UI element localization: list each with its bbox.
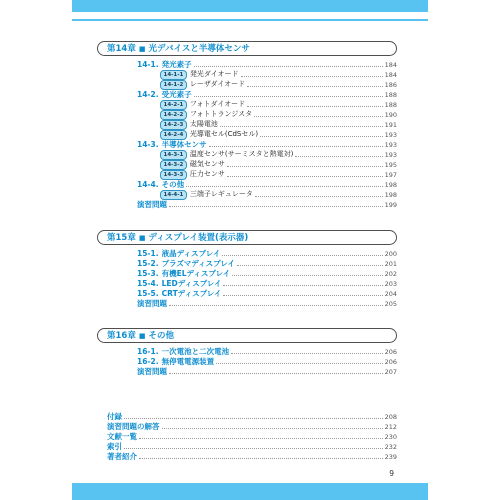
toc-entry-row: 16-1.一次電池と二次電池206 [137, 346, 397, 356]
entry-title: 液晶ディスプレイ [162, 249, 221, 258]
entry-title: 発光ダイオード [190, 70, 239, 79]
chapter-heading: 第15章■ディスプレイ装置(表示器) [97, 230, 397, 245]
entry-page-number: 206 [385, 358, 397, 366]
entry-page-number: 184 [385, 61, 397, 69]
toc-entry-row: 14-2-2フォトトランジスタ190 [160, 109, 397, 119]
back-matter-page-number: 208 [385, 413, 397, 421]
toc-entry-row: 14-1-2レーザダイオード186 [160, 79, 397, 89]
entry-page-number: 191 [385, 121, 397, 129]
chapter-title: その他 [148, 331, 174, 341]
entry-title: 磁気センサ [190, 160, 225, 169]
entry-title: 受光素子 [162, 90, 192, 99]
entry-title: 半導体センサ [162, 140, 207, 149]
entry-page-number: 203 [385, 280, 397, 288]
back-matter-title: 演習問題の解答 [107, 422, 160, 431]
toc-entry-row: 14-3-2磁気センサ195 [160, 159, 397, 169]
toc-entry-row: 演習問題199 [137, 199, 397, 209]
back-matter-page-number: 212 [385, 423, 397, 431]
entry-title: 三端子レギュレータ [190, 190, 253, 199]
dot-leader [260, 136, 382, 137]
dot-leader [295, 156, 382, 157]
dot-leader [231, 353, 382, 354]
dot-leader [169, 206, 383, 207]
toc-entry-row: 14-4.その他198 [137, 179, 397, 189]
chapter-title: 光デバイスと半導体センサ [148, 44, 249, 54]
entry-number-label: 16-1. [137, 347, 159, 356]
entry-number-badge: 14-2-3 [160, 120, 187, 130]
entry-number-label: 15-4. [137, 279, 159, 288]
bottom-accent-bar [72, 483, 428, 500]
chapter-heading: 第14章■光デバイスと半導体センサ [97, 41, 397, 56]
entry-title: LEDディスプレイ [162, 279, 222, 288]
dot-leader [209, 146, 383, 147]
dot-leader [186, 186, 382, 187]
square-bullet-icon: ■ [139, 234, 146, 242]
dot-leader [162, 428, 383, 429]
dot-leader [227, 176, 383, 177]
entry-page-number: 205 [385, 300, 397, 308]
chapter-number-label: 第15章 [107, 233, 136, 243]
back-matter-row: 著者紹介239 [107, 451, 397, 461]
back-matter-row: 索引232 [107, 441, 397, 451]
back-matter-page-number: 230 [385, 433, 397, 441]
chapter-entry-list: 14-1.発光素子18414-1-1発光ダイオード18414-1-2レーザダイオ… [97, 59, 397, 209]
toc-entry-row: 14-1-1発光ダイオード184 [160, 69, 397, 79]
entry-number-label: 14-2. [137, 90, 159, 99]
top-accent-bar [72, 0, 428, 12]
square-bullet-icon: ■ [139, 45, 146, 53]
back-matter-list: 付録208演習問題の解答212文献一覧230索引232著者紹介239 [107, 411, 397, 461]
toc-page: 第14章■光デバイスと半導体センサ14-1.発光素子18414-1-1発光ダイオ… [0, 0, 500, 500]
dot-leader [139, 458, 383, 459]
entry-number-label: 15-5. [137, 289, 159, 298]
chapter-entry-list: 15-1.液晶ディスプレイ20015-2.プラズマディスプレイ20115-3.有… [97, 248, 397, 308]
entry-title: 発光素子 [162, 60, 192, 69]
entry-page-number: 198 [385, 191, 397, 199]
dot-leader [241, 76, 383, 77]
entry-title: フォトトランジスタ [190, 110, 252, 119]
dot-leader [223, 295, 382, 296]
toc-entry-row: 16-2.無停電電源装置206 [137, 356, 397, 366]
dot-leader [169, 373, 383, 374]
entry-title: その他 [162, 180, 185, 189]
entry-title: 有機ELディスプレイ [162, 269, 231, 278]
entry-number-label: 15-1. [137, 249, 159, 258]
dot-leader [194, 96, 383, 97]
entry-title: CRTディスプレイ [162, 289, 222, 298]
chapter-section: 第15章■ディスプレイ装置(表示器)15-1.液晶ディスプレイ20015-2.プ… [97, 230, 397, 308]
back-matter-row: 付録208 [107, 411, 397, 421]
entry-title: プラズマディスプレイ [162, 259, 235, 268]
entry-number-badge: 14-4-1 [160, 190, 187, 200]
entry-page-number: 193 [385, 151, 397, 159]
toc-entry-row: 15-3.有機ELディスプレイ202 [137, 268, 397, 278]
dot-leader [124, 448, 383, 449]
entry-number-badge: 14-2-1 [160, 100, 187, 110]
entry-page-number: 198 [385, 181, 397, 189]
entry-title: レーザダイオード [190, 80, 245, 89]
toc-entry-row: 14-2-4光導電セル(CdSセル)193 [160, 129, 397, 139]
toc-entry-row: 15-5.CRTディスプレイ204 [137, 288, 397, 298]
entry-title: 演習問題 [137, 200, 167, 209]
dot-leader [223, 285, 382, 286]
toc-entry-row: 演習問題207 [137, 366, 397, 376]
entry-page-number: 190 [385, 111, 397, 119]
entry-number-badge: 14-3-1 [160, 150, 187, 160]
entry-page-number: 188 [385, 101, 397, 109]
toc-entry-row: 14-4-1三端子レギュレータ198 [160, 189, 397, 199]
entry-page-number: 201 [385, 260, 397, 268]
chapter-number-label: 第14章 [107, 44, 136, 54]
square-bullet-icon: ■ [139, 332, 146, 340]
entry-page-number: 207 [385, 368, 397, 376]
dot-leader [237, 265, 383, 266]
entry-page-number: 188 [385, 91, 397, 99]
entry-title: フォトダイオード [190, 100, 245, 109]
entry-number-badge: 14-3-2 [160, 160, 187, 170]
dot-leader [232, 275, 382, 276]
entry-page-number: 195 [385, 161, 397, 169]
toc-entry-row: 14-2.受光素子188 [137, 89, 397, 99]
entry-title: 無停電電源装置 [162, 357, 215, 366]
toc-entry-row: 15-2.プラズマディスプレイ201 [137, 258, 397, 268]
entry-page-number: 186 [385, 81, 397, 89]
back-matter-page-number: 239 [385, 453, 397, 461]
top-accent-rule [72, 19, 428, 21]
entry-number-badge: 14-3-3 [160, 170, 187, 180]
entry-page-number: 197 [385, 171, 397, 179]
toc-entry-row: 15-4.LEDディスプレイ203 [137, 278, 397, 288]
entry-number-label: 14-1. [137, 60, 159, 69]
entry-number-badge: 14-2-2 [160, 110, 187, 120]
dot-leader [247, 86, 382, 87]
entry-number-label: 15-2. [137, 259, 159, 268]
dot-leader [124, 418, 383, 419]
back-matter-title: 索引 [107, 442, 122, 451]
entry-page-number: 204 [385, 290, 397, 298]
dot-leader [194, 66, 383, 67]
back-matter-row: 文献一覧230 [107, 431, 397, 441]
entry-title: 演習問題 [137, 299, 167, 308]
chapter-heading: 第16章■その他 [97, 328, 397, 343]
dot-leader [139, 438, 383, 439]
back-matter-page-number: 232 [385, 443, 397, 451]
toc-entry-row: 演習問題205 [137, 298, 397, 308]
page-number: 9 [378, 469, 394, 478]
dot-leader [247, 106, 382, 107]
entry-title: 太陽電池 [190, 120, 218, 129]
entry-page-number: 200 [385, 250, 397, 258]
dot-leader [169, 305, 383, 306]
dot-leader [255, 196, 383, 197]
entry-number-label: 14-3. [137, 140, 159, 149]
entry-title: 温度センサ(サーミスタと熱電対) [190, 150, 293, 159]
entry-number-badge: 14-2-4 [160, 130, 187, 140]
back-matter-title: 著者紹介 [107, 452, 137, 461]
toc-entry-row: 14-2-1フォトダイオード188 [160, 99, 397, 109]
entry-number-label: 14-4. [137, 180, 159, 189]
entry-page-number: 193 [385, 141, 397, 149]
entry-number-badge: 14-1-1 [160, 70, 187, 80]
entry-number-label: 15-3. [137, 269, 159, 278]
dot-leader [222, 255, 382, 256]
chapter-section: 第16章■その他16-1.一次電池と二次電池20616-2.無停電電源装置206… [97, 328, 397, 376]
entry-page-number: 202 [385, 270, 397, 278]
toc-entry-row: 15-1.液晶ディスプレイ200 [137, 248, 397, 258]
back-matter-title: 文献一覧 [107, 432, 137, 441]
back-matter-title: 付録 [107, 412, 122, 421]
entry-number-label: 16-2. [137, 357, 159, 366]
entry-title: 光導電セル(CdSセル) [190, 130, 258, 139]
entry-number-badge: 14-1-2 [160, 80, 187, 90]
back-matter-row: 演習問題の解答212 [107, 421, 397, 431]
toc-entry-row: 14-2-3太陽電池191 [160, 119, 397, 129]
chapter-title: ディスプレイ装置(表示器) [148, 233, 248, 243]
chapter-section: 第14章■光デバイスと半導体センサ14-1.発光素子18414-1-1発光ダイオ… [97, 41, 397, 209]
entry-title: 一次電池と二次電池 [162, 347, 230, 356]
dot-leader [227, 166, 383, 167]
dot-leader [216, 363, 382, 364]
entry-page-number: 184 [385, 71, 397, 79]
entry-title: 演習問題 [137, 367, 167, 376]
entry-page-number: 199 [385, 201, 397, 209]
dot-leader [254, 116, 382, 117]
toc-entry-row: 14-3-3圧力センサ197 [160, 169, 397, 179]
chapter-number-label: 第16章 [107, 331, 136, 341]
dot-leader [220, 126, 383, 127]
entry-page-number: 206 [385, 348, 397, 356]
chapter-entry-list: 16-1.一次電池と二次電池20616-2.無停電電源装置206演習問題207 [97, 346, 397, 376]
toc-entry-row: 14-3.半導体センサ193 [137, 139, 397, 149]
toc-entry-row: 14-1.発光素子184 [137, 59, 397, 69]
toc-entry-row: 14-3-1温度センサ(サーミスタと熱電対)193 [160, 149, 397, 159]
entry-title: 圧力センサ [190, 170, 225, 179]
entry-page-number: 193 [385, 131, 397, 139]
